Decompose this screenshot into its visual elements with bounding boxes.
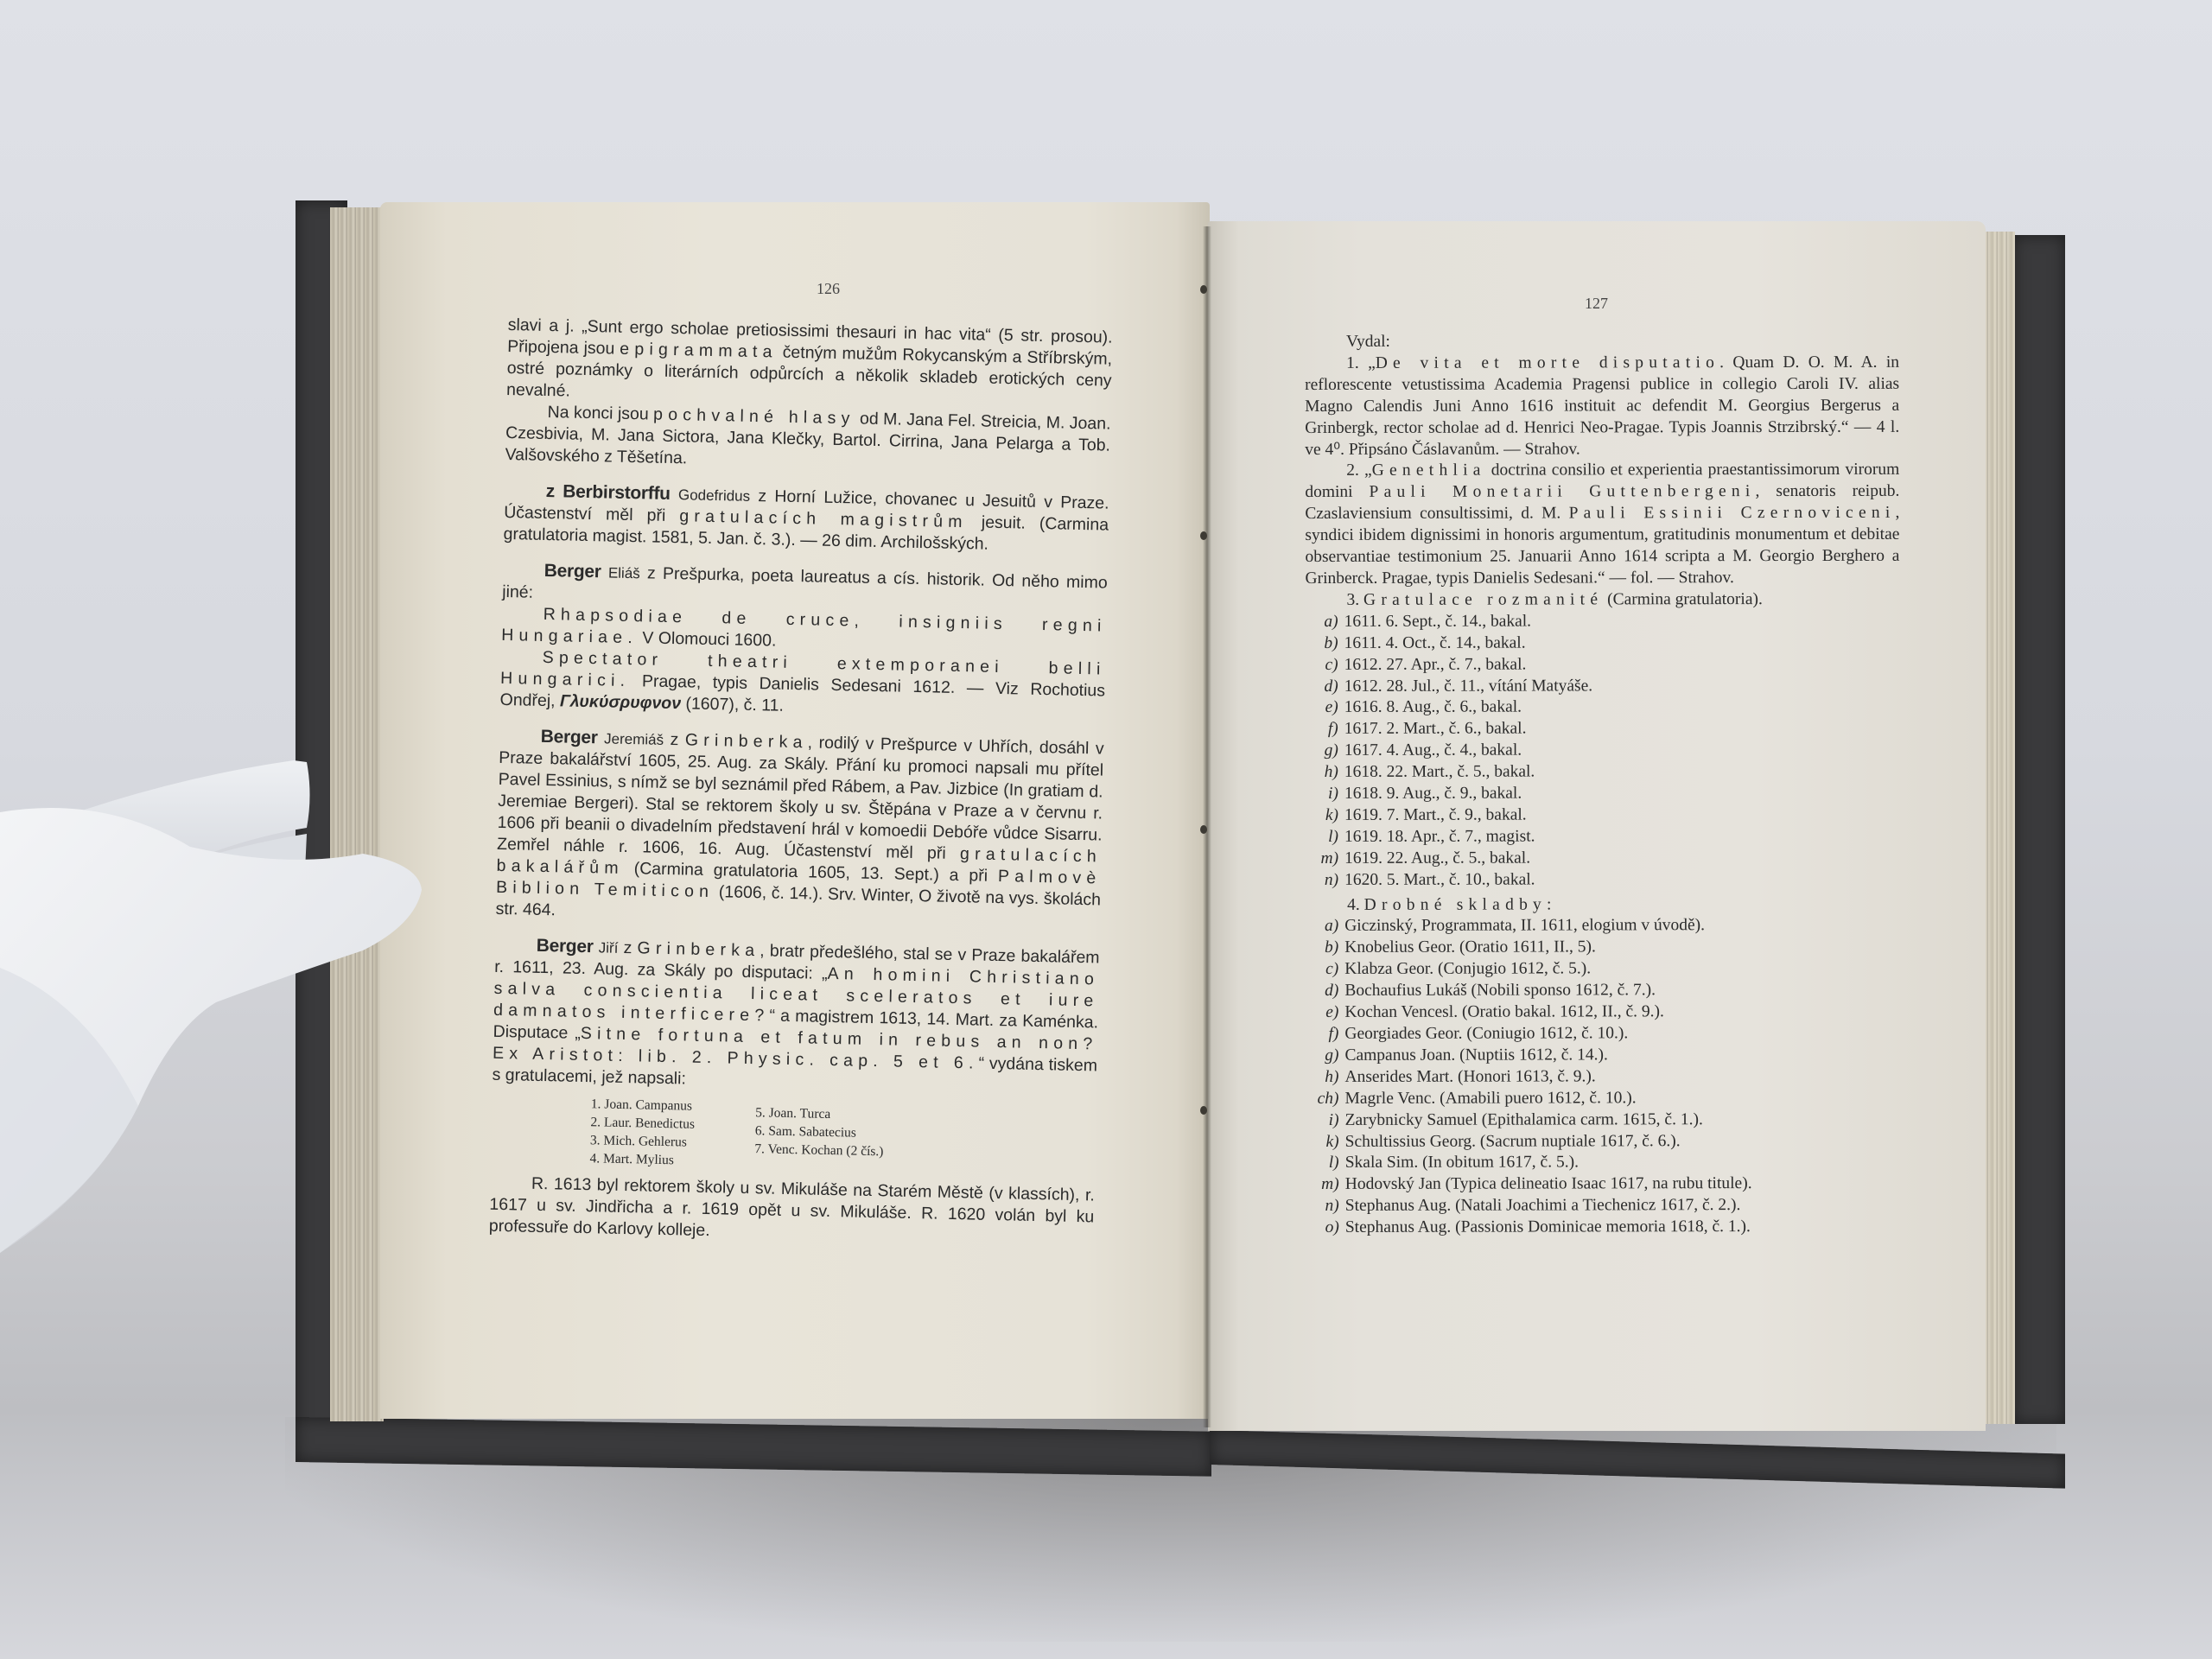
binding-stitch xyxy=(1200,285,1207,294)
list-item: k)Schultissius Georg. (Sacrum nuptiale 1… xyxy=(1306,1130,1901,1153)
entry-berger-jiri: Berger Jiří z Grinberka, bratr předešléh… xyxy=(492,934,1100,1099)
contributors-list: 1. Joan. Campanus 2. Laur. Benedictus 3.… xyxy=(589,1095,1096,1178)
list-item: h)1618. 22. Mart., č. 5., bakal. xyxy=(1306,761,1900,784)
list-item: i)Zarybnicky Samuel (Epithalamica carm. … xyxy=(1306,1109,1901,1131)
list-item: d)Bochaufius Lukáš (Nobili sponso 1612, … xyxy=(1306,980,1900,1002)
list-item: e)Kochan Vencesl. (Oratio bakal. 1612, I… xyxy=(1306,1001,1900,1024)
list-item: o)Stephanus Aug. (Passionis Dominicae me… xyxy=(1306,1217,1901,1239)
list-item: 4. Mart. Mylius xyxy=(589,1149,694,1170)
list-item: l)1619. 18. Apr., č. 7., magist. xyxy=(1306,826,1900,849)
list-item: a)Giczinský, Programmata, II. 1611, elog… xyxy=(1306,915,1900,938)
list-item: l)Skala Sim. (In obitum 1617, č. 5.). xyxy=(1306,1152,1901,1174)
entry-heading: Berger xyxy=(536,936,593,957)
entry-heading: z Berbirstorffu xyxy=(545,481,670,504)
white-glove-hand-icon xyxy=(0,743,432,1365)
list-item: c)1612. 27. Apr., č. 7., bakal. xyxy=(1306,653,1900,676)
paragraph: Na konci jsou pochvalné hlasy od M. Jana… xyxy=(505,401,1110,479)
intro: Vydal: xyxy=(1305,331,1899,353)
right-page-body: Vydal: 1. „De vita et morte disputatio. … xyxy=(1305,331,1901,1239)
left-page: 126 slavi a j. „Sunt ergo scholae pretio… xyxy=(380,202,1210,1419)
book-cover-right xyxy=(2013,235,2065,1424)
entry-berger-jeremias: Berger Jeremiáš z Grinberka, rodilý v Pr… xyxy=(495,725,1104,933)
list-item: 2. Laur. Benedictus xyxy=(590,1113,695,1134)
right-page: 127 Vydal: 1. „De vita et morte disputat… xyxy=(1208,221,1986,1431)
entry-berbirstorffu: z Berbirstorffu Godefridus z Horní Lužic… xyxy=(503,480,1109,558)
contributors-col-1: 1. Joan. Campanus 2. Laur. Benedictus 3.… xyxy=(589,1095,695,1170)
list-item: k)1619. 7. Mart., č. 9., bakal. xyxy=(1306,804,1900,827)
page-number-right: 127 xyxy=(1585,295,1608,313)
binding-stitch xyxy=(1200,531,1207,540)
list-item: ch)Magrle Venc. (Amabili puero 1612, č. … xyxy=(1306,1088,1901,1110)
work-4: 4. Drobné skladby: xyxy=(1306,893,1900,916)
list-item: n)Stephanus Aug. (Natali Joachimi a Tiec… xyxy=(1306,1195,1901,1217)
list-item: b)Knobelius Geor. (Oratio 1611, II., 5). xyxy=(1306,937,1900,959)
list-item: f)1617. 2. Mart., č. 6., bakal. xyxy=(1306,718,1900,741)
page-number-left: 126 xyxy=(817,280,840,298)
gratulations-list: a)1611. 6. Sept., č. 14., bakal. b)1611.… xyxy=(1306,611,1901,892)
paragraph: slavi a j. „Sunt ergo scholae pretiosiss… xyxy=(506,315,1113,414)
list-item: g)Campanus Joan. (Nuptiis 1612, č. 14.). xyxy=(1306,1045,1900,1067)
work-3: 3. Gratulace rozmanité (Carmina gratulat… xyxy=(1306,589,1900,612)
entry-heading: Berger xyxy=(541,727,598,747)
list-item: f)Georgiades Geor. (Coniugio 1612, č. 10… xyxy=(1306,1023,1900,1046)
closing-paragraph: R. 1613 byl rektorem školy u sv. Mikuláš… xyxy=(489,1173,1095,1250)
list-item: m)Hodovský Jan (Typica delineatio Isaac … xyxy=(1306,1173,1901,1196)
work-title: Spectator theatri extemporanei belli Hun… xyxy=(499,646,1105,724)
work-1: 1. „De vita et morte disputatio. Quam D.… xyxy=(1305,353,1899,461)
list-item: g)1617. 4. Aug., č. 4., bakal. xyxy=(1306,740,1900,762)
list-item: m)1619. 22. Aug., č. 5., bakal. xyxy=(1306,848,1900,870)
list-item: 3. Mich. Gehlerus xyxy=(590,1131,695,1152)
work-2: 2. „Genethlia doctrina consilio et exper… xyxy=(1305,460,1899,590)
list-item: 7. Venc. Kochan (2 čís.) xyxy=(754,1140,883,1160)
left-page-body: slavi a j. „Sunt ergo scholae pretiosiss… xyxy=(489,315,1113,1249)
list-item: e)1616. 8. Aug., č. 6., bakal. xyxy=(1306,696,1900,719)
binding-stitch xyxy=(1200,825,1207,834)
contributors-col-2: 5. Joan. Turca 6. Sam. Sabatecius 7. Ven… xyxy=(754,1103,885,1173)
list-item: h)Anserides Mart. (Honori 1613, č. 9.). xyxy=(1306,1066,1900,1089)
list-item: 1. Joan. Campanus xyxy=(591,1095,696,1116)
entry-heading: Berger xyxy=(544,561,601,582)
list-item: d)1612. 28. Jul., č. 11., vítání Matyáše… xyxy=(1306,675,1900,697)
binding-stitch xyxy=(1200,1106,1207,1115)
list-item: i)1618. 9. Aug., č. 9., bakal. xyxy=(1306,783,1900,805)
list-item: c)Klabza Geor. (Conjugio 1612, č. 5.). xyxy=(1306,958,1900,981)
list-item: b)1611. 4. Oct., č. 14., bakal. xyxy=(1306,632,1900,654)
list-item: a)1611. 6. Sept., č. 14., bakal. xyxy=(1306,611,1900,633)
list-item: n)1620. 5. Mart., č. 10., bakal. xyxy=(1306,868,1900,891)
small-works-list: a)Giczinský, Programmata, II. 1611, elog… xyxy=(1306,915,1901,1239)
